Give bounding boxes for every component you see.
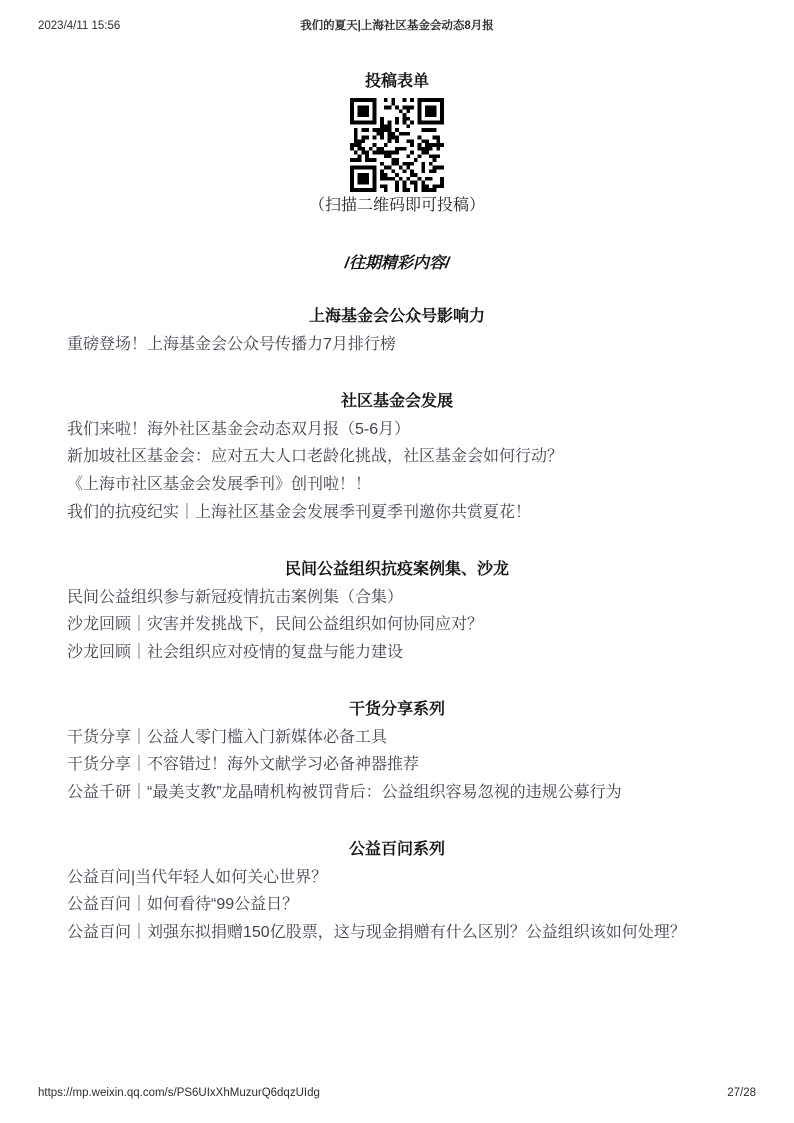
article-list: 公益百问|当代年轻人如何关心世界？公益百问｜如何看待“99公益日？公益百问｜刘强… (0, 864, 794, 947)
qr-section-title: 投稿表单 (0, 72, 794, 92)
article-item: 干货分享｜不容错过！海外文献学习必备神器推荐 (67, 751, 754, 779)
article-item: 公益百问｜刘强东拟捐赠150亿股票，这与现金捐赠有什么区别？公益组织该如何处理？ (67, 919, 754, 947)
article-list: 我们来啦！海外社区基金会动态双月报（5-6月）新加坡社区基金会：应对五大人口老龄… (0, 416, 794, 527)
article-item: 公益百问|当代年轻人如何关心世界？ (67, 864, 754, 892)
content-section: 公益百问系列 公益百问|当代年轻人如何关心世界？公益百问｜如何看待“99公益日？… (0, 840, 794, 947)
article-item: 《上海市社区基金会发展季刊》创刊啦！！ (67, 471, 754, 499)
article-item: 沙龙回顾｜社会组织应对疫情的复盘与能力建设 (67, 639, 754, 667)
article-content: 投稿表单 （扫描二维码即可投稿） /往期精彩内容/ 上海基金会公众号影响力 重磅… (0, 0, 794, 947)
section-heading: 上海基金会公众号影响力 (0, 307, 794, 327)
section-heading: 民间公益组织抗疫案例集、沙龙 (0, 560, 794, 580)
article-item: 我们的抗疫纪实｜上海社区基金会发展季刊夏季刊邀你共赏夏花！ (67, 499, 754, 527)
article-item: 重磅登场！上海基金会公众号传播力7月排行榜 (67, 331, 754, 359)
content-section: 干货分享系列 干货分享｜公益人零门槛入门新媒体必备工具干货分享｜不容错过！海外文… (0, 700, 794, 807)
past-content-heading: /往期精彩内容/ (0, 254, 794, 274)
article-list: 民间公益组织参与新冠疫情抗击案例集（合集）沙龙回顾｜灾害并发挑战下，民间公益组织… (0, 584, 794, 667)
qr-section: 投稿表单 （扫描二维码即可投稿） (0, 72, 794, 216)
article-list: 干货分享｜公益人零门槛入门新媒体必备工具干货分享｜不容错过！海外文献学习必备神器… (0, 724, 794, 807)
content-section: 上海基金会公众号影响力 重磅登场！上海基金会公众号传播力7月排行榜 (0, 307, 794, 359)
article-item: 沙龙回顾｜灾害并发挑战下，民间公益组织如何协同应对？ (67, 611, 754, 639)
past-content-sections: 上海基金会公众号影响力 重磅登场！上海基金会公众号传播力7月排行榜 社区基金会发… (0, 307, 794, 947)
article-item: 公益千研｜“最美支教”龙晶晴机构被罚背后：公益组织容易忽视的违规公募行为 (67, 779, 754, 807)
content-section: 民间公益组织抗疫案例集、沙龙 民间公益组织参与新冠疫情抗击案例集（合集）沙龙回顾… (0, 560, 794, 667)
section-heading: 社区基金会发展 (0, 392, 794, 412)
article-item: 民间公益组织参与新冠疫情抗击案例集（合集） (67, 584, 754, 612)
source-url: https://mp.weixin.qq.com/s/PS6UIxXhMuzur… (38, 1086, 320, 1100)
section-heading: 公益百问系列 (0, 840, 794, 860)
printed-page: 我们的夏天|上海社区基金会动态8月报 2023/4/11 15:56 投稿表单 … (0, 0, 794, 1123)
content-section: 社区基金会发展 我们来啦！海外社区基金会动态双月报（5-6月）新加坡社区基金会：… (0, 392, 794, 527)
qr-caption: （扫描二维码即可投稿） (0, 196, 794, 216)
print-footer: https://mp.weixin.qq.com/s/PS6UIxXhMuzur… (38, 1086, 756, 1100)
qr-code-icon (0, 98, 794, 192)
article-item: 公益百问｜如何看待“99公益日？ (67, 891, 754, 919)
print-timestamp: 2023/4/11 15:56 (38, 20, 120, 32)
article-item: 我们来啦！海外社区基金会动态双月报（5-6月） (67, 416, 754, 444)
article-item: 干货分享｜公益人零门槛入门新媒体必备工具 (67, 724, 754, 752)
article-item: 新加坡社区基金会：应对五大人口老龄化挑战，社区基金会如何行动？ (67, 443, 754, 471)
article-list: 重磅登场！上海基金会公众号传播力7月排行榜 (0, 331, 794, 359)
page-indicator: 27/28 (727, 1086, 756, 1100)
section-heading: 干货分享系列 (0, 700, 794, 720)
